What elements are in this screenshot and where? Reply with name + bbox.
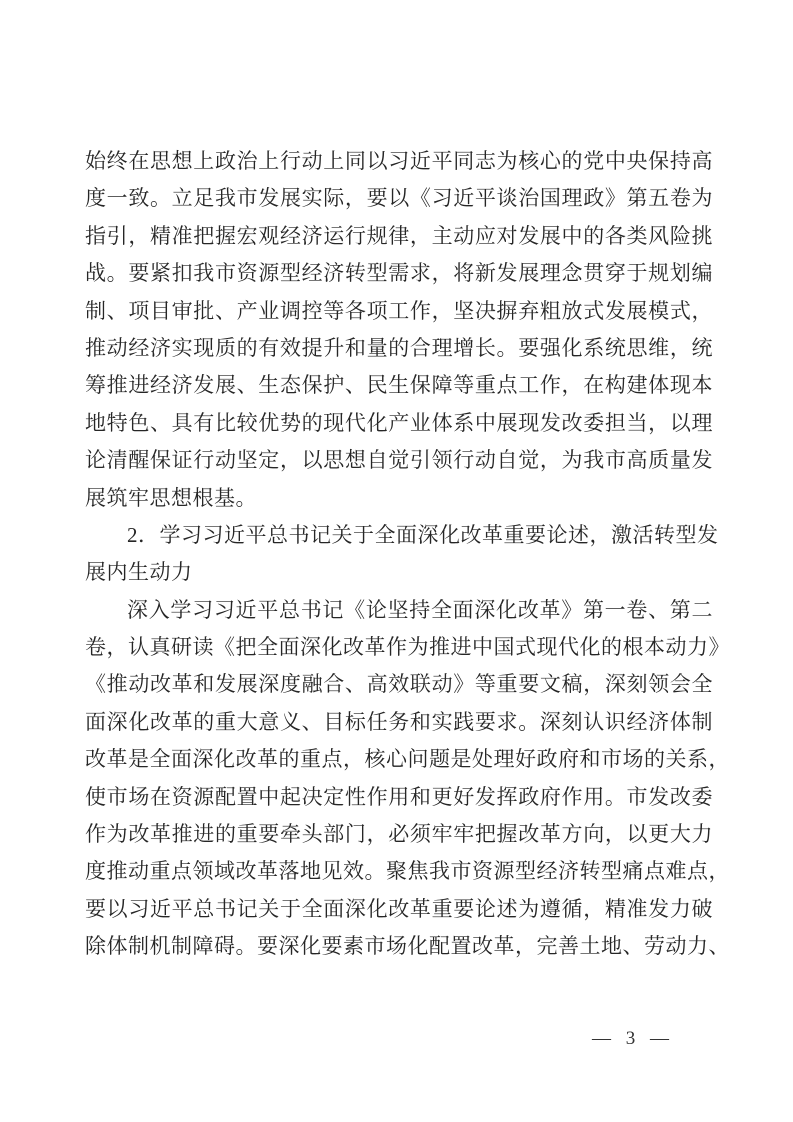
text-line: 改革是全面深化改革的重点，核心问题是处理好政府和市场的关系，: [85, 741, 713, 778]
text-line: 面深化改革的重大意义、目标任务和实践要求。深刻认识经济体制: [85, 704, 713, 741]
heading-line: 2．学习习近平总书记关于全面深化改革重要论述，激活转型发: [85, 517, 713, 554]
text-line: 度一致。立足我市发展实际，要以《习近平谈治国理政》第五卷为: [85, 180, 713, 217]
text-line: 除体制机制障碍。要深化要素市场化配置改革，完善土地、劳动力、: [85, 928, 713, 965]
paragraph-subheading: 2．学习习近平总书记关于全面深化改革重要论述，激活转型发 展内生动力: [85, 517, 713, 592]
document-page: 始终在思想上政治上行动上同以习近平同志为核心的党中央保持高 度一致。立足我市发展…: [0, 0, 793, 1122]
text-line: 指引，精准把握宏观经济运行规律，主动应对发展中的各类风险挑: [85, 218, 713, 255]
text-line: 始终在思想上政治上行动上同以习近平同志为核心的党中央保持高: [85, 143, 713, 180]
text-line: 展筑牢思想根基。: [85, 480, 713, 517]
heading-line: 展内生动力: [85, 554, 713, 591]
text-line: 地特色、具有比较优势的现代化产业体系中展现发改委担当，以理: [85, 405, 713, 442]
text-line: 论清醒保证行动坚定，以思想自觉引领行动自觉，为我市高质量发: [85, 442, 713, 479]
text-line: 筹推进经济发展、生态保护、民生保障等重点工作，在构建体现本: [85, 367, 713, 404]
page-number: — 3 —: [592, 1028, 670, 1050]
document-body: 始终在思想上政治上行动上同以习近平同志为核心的党中央保持高 度一致。立足我市发展…: [85, 143, 713, 966]
paragraph-body: 深入学习习近平总书记《论坚持全面深化改革》第一卷、第二 卷，认真研读《把全面深化…: [85, 592, 713, 966]
text-line: 作为改革推进的重要牵头部门，必须牢牢把握改革方向，以更大力: [85, 816, 713, 853]
paragraph-continuation: 始终在思想上政治上行动上同以习近平同志为核心的党中央保持高 度一致。立足我市发展…: [85, 143, 713, 517]
text-line: 度推动重点领域改革落地见效。聚焦我市资源型经济转型痛点难点，: [85, 853, 713, 890]
text-line: 卷，认真研读《把全面深化改革作为推进中国式现代化的根本动力》: [85, 629, 713, 666]
text-line: 制、项目审批、产业调控等各项工作，坚决摒弃粗放式发展模式，: [85, 293, 713, 330]
text-line: 要以习近平总书记关于全面深化改革重要论述为遵循，精准发力破: [85, 891, 713, 928]
text-line: 使市场在资源配置中起决定性作用和更好发挥政府作用。市发改委: [85, 779, 713, 816]
text-line: 推动经济实现质的有效提升和量的合理增长。要强化系统思维，统: [85, 330, 713, 367]
text-line: 《推动改革和发展深度融合、高效联动》等重要文稿，深刻领会全: [85, 666, 713, 703]
text-line: 深入学习习近平总书记《论坚持全面深化改革》第一卷、第二: [85, 592, 713, 629]
text-line: 战。要紧扣我市资源型经济转型需求，将新发展理念贯穿于规划编: [85, 255, 713, 292]
